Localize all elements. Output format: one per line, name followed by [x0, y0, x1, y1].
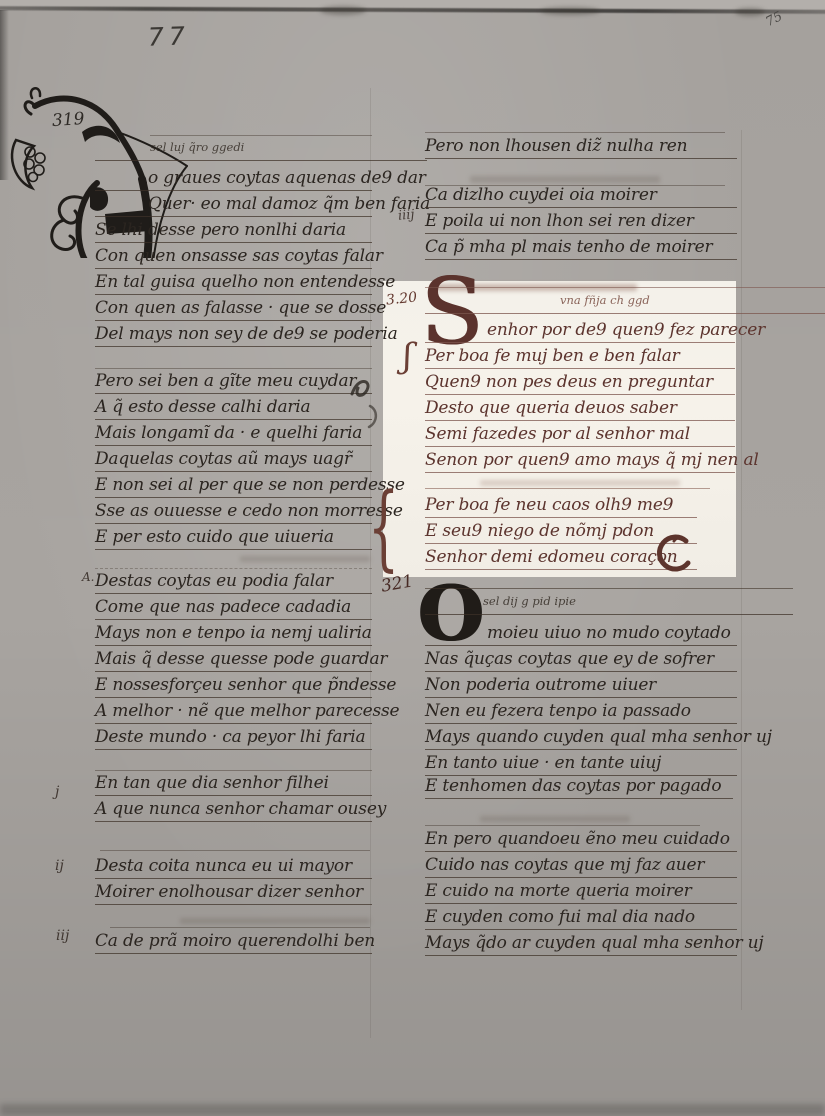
- verse-line: En tal guisa quelho non entendesse: [95, 269, 372, 295]
- page-bottom-shadow: [0, 1104, 825, 1116]
- stanza-319-3: Destas coytas eu podia falarCome que nas…: [95, 568, 372, 750]
- verse-line: E cuido na morte queria moirer: [425, 878, 737, 904]
- verse-line: E cuyden como fui mal dia nado: [425, 904, 737, 930]
- fiinda-319-1: En tan que dia senhor filheiA que nunca …: [95, 770, 372, 822]
- fiinda-brace: {: [368, 484, 399, 571]
- verse-line: Pero non lhousen diz̃ nulha ren: [425, 133, 737, 159]
- erased-text-smudge: [180, 918, 370, 924]
- verse-line: E nossesforçeu senhor que p̃ndesse: [95, 672, 372, 698]
- paragraph-mark: ʃ: [403, 336, 412, 376]
- verse-line: Desto que queria deuos saber: [425, 395, 735, 421]
- verse-line: Desta coita nunca eu ui mayor: [95, 853, 372, 879]
- verse-line: E per esto cuido que uiueria: [95, 524, 372, 550]
- verse-line: moieu uiuo no mudo coytado: [425, 620, 737, 646]
- verse-line: o graues coytas aquenas de9 dar: [95, 165, 372, 191]
- ornament-curl: [648, 533, 694, 577]
- verse-line: A q̃ esto desse calhi daria: [95, 394, 372, 420]
- verse-line: Destas coytas eu podia falar: [95, 568, 372, 594]
- fiinda-numeral-1: j: [55, 784, 59, 800]
- fiinda-319-2: Desta coita nunca eu ui mayorMoirer enol…: [95, 853, 372, 905]
- rubric-321: sel dij g pid ipie: [425, 588, 793, 615]
- verse-line: Pero sei ben a gĩte meu cuydar: [95, 368, 372, 394]
- verse-line: Come que nas padece cadadia: [95, 594, 372, 620]
- refrain-321: E tenhomen das coytas por pagado: [425, 773, 733, 799]
- verse-line: Cuido nas coytas que mj faz auer: [425, 852, 737, 878]
- stanza-319-2: Pero sei ben a gĩte meu cuydarA q̃ esto …: [95, 368, 372, 550]
- song-number-320: 3.20: [385, 289, 418, 308]
- erased-text-smudge: [240, 556, 370, 562]
- verse-line: Nas q̃uças coytas que ey de sofrer: [425, 646, 737, 672]
- stanza-320: enhor por de9 quen9 fez parecerPer boa f…: [425, 317, 735, 473]
- verse-line: Mais q̃ desse quesse pode guardar: [95, 646, 372, 672]
- verse-line: Moirer enolhousar dizer senhor: [95, 879, 372, 905]
- verse-line: A que nunca senhor chamar ousey: [95, 796, 372, 822]
- verse-line: Daquelas coytas aũ mays uagr̃: [95, 446, 372, 472]
- rubric-319: sel luj q̃ro ggedi: [95, 135, 427, 161]
- rubric-320: vna fñja ch ggd: [425, 287, 825, 314]
- stanza-321-1: moieu uiuo no mudo coytadoNas q̃uças coy…: [425, 620, 737, 776]
- verse-line: E poila ui non lhon sei ren dizer: [425, 208, 737, 234]
- erased-text-smudge: [480, 816, 630, 822]
- verse-line: Mays non e tenpo ia nemj ualiria: [95, 620, 372, 646]
- verse-line: Mais longamĩ da · e quelhi faria: [95, 420, 372, 446]
- verse-line: Ca dizlho cuydei oia moirer: [425, 182, 737, 208]
- fiinda-numeral-3: iij: [56, 928, 69, 944]
- verse-line: Con quen as falasse · que se dosse: [95, 295, 372, 321]
- verse-line: Del mays non sey de de9 se poderia: [95, 321, 372, 347]
- verse-line: Nen eu fezera tenpo ia passado: [425, 698, 737, 724]
- verse-line: Mays quando cuyden qual mha senhor uj: [425, 724, 737, 750]
- verse-line: Mays q̃do ar cuyden qual mha senhor uj: [425, 930, 737, 956]
- stanza-margin-mark: A.: [82, 570, 94, 584]
- verse-line: En tan que dia senhor filhei: [95, 770, 372, 796]
- verse-line: Sse as ouuesse e cedo non morresse: [95, 498, 372, 524]
- stanza-321-2: En pero quandoeu ẽno meu cuidadoCuido na…: [425, 826, 737, 956]
- verse-line: Con quen onsasse sas coytas falar: [95, 243, 372, 269]
- carryover-stanza-319: Ca dizlho cuydei oia moirerE poila ui no…: [425, 182, 737, 260]
- verse-line: Quer· eo mal damoz q̃m ben faria: [95, 191, 372, 217]
- verse-line: Senon por quen9 amo mays q̃ mj nen al: [425, 447, 735, 473]
- verse-line: Ca p̃ mha pl mais tenho de moirer: [425, 234, 737, 260]
- page-crease: [741, 130, 742, 1010]
- verse-line: E non sei al per que se non perdesse: [95, 472, 372, 498]
- song-number-319: 319: [51, 109, 85, 131]
- edge-stain: [320, 6, 366, 15]
- edge-stain: [735, 8, 765, 16]
- verse-line: Semi fazedes por al senhor mal: [425, 421, 735, 447]
- verse-line: enhor por de9 quen9 fez parecer: [425, 317, 735, 343]
- verse-line: E tenhomen das coytas por pagado: [425, 773, 733, 799]
- margin-doodle: [346, 372, 382, 432]
- manuscript-page: 77 75 319: [0, 0, 825, 1116]
- verse-line: Non poderia outrome uiuer: [425, 672, 737, 698]
- stanza-319-1: o graues coytas aquenas de9 darQuer· eo …: [95, 165, 372, 347]
- verse-line: Deste mundo · ca peyor lhi faria: [95, 724, 372, 750]
- verse-line: Ca de prã moiro querendolhi ben: [95, 928, 372, 954]
- edge-stain: [540, 7, 600, 15]
- fiinda-319-3: Ca de prã moiro querendolhi ben: [95, 928, 372, 954]
- ruling-line: [425, 488, 710, 489]
- verse-line: Se lhi desse pero nonlhi daria: [95, 217, 372, 243]
- verse-line: Per boa fe neu caos olh9 me9: [425, 492, 697, 518]
- fiinda-numeral-2: ij: [55, 858, 64, 874]
- carryover-line-319: Pero non lhousen diz̃ nulha ren: [425, 133, 737, 159]
- verse-line: En pero quandoeu ẽno meu cuidado: [425, 826, 737, 852]
- verse-line: A melhor · nẽ que melhor parecesse: [95, 698, 372, 724]
- ruling-line: [100, 850, 370, 851]
- verse-line: Quen9 non pes deus en preguntar: [425, 369, 735, 395]
- verse-line: Per boa fe muj ben e ben falar: [425, 343, 735, 369]
- erased-text-smudge: [480, 480, 680, 486]
